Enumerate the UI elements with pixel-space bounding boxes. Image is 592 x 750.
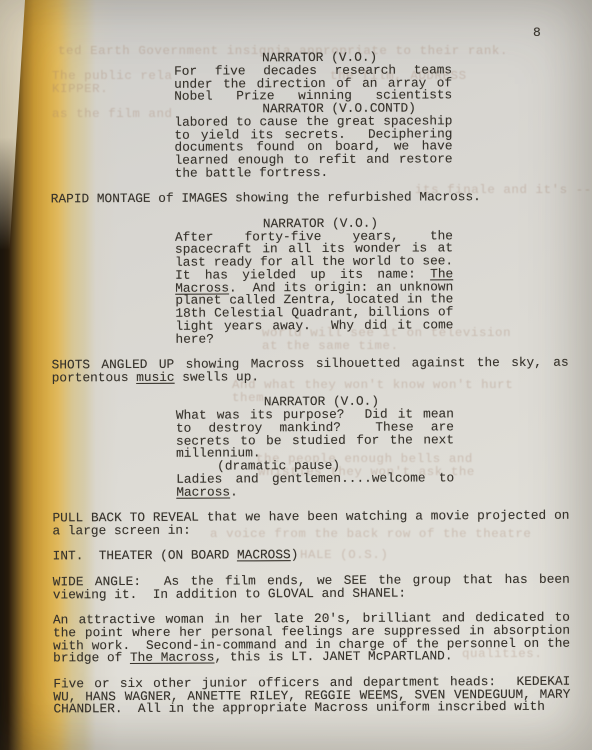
adjacent-page-edge [0,0,25,250]
underlined-text: Macross [176,484,230,499]
underlined-text: music [136,370,174,385]
page-number: 8 [533,25,541,40]
script-line-action: CHANDLER. All in the appropriate Macross… [53,701,570,716]
script-text: NARRATOR (V.O.)For five decades research… [50,51,587,717]
underlined-text: MACROSS [237,547,291,562]
underlined-text: The Macross [130,650,215,665]
screenplay-page-photo: ted Earth Government insignia appropriat… [0,0,592,750]
script-line-dialogue: light years away. Why did it come [175,319,453,333]
